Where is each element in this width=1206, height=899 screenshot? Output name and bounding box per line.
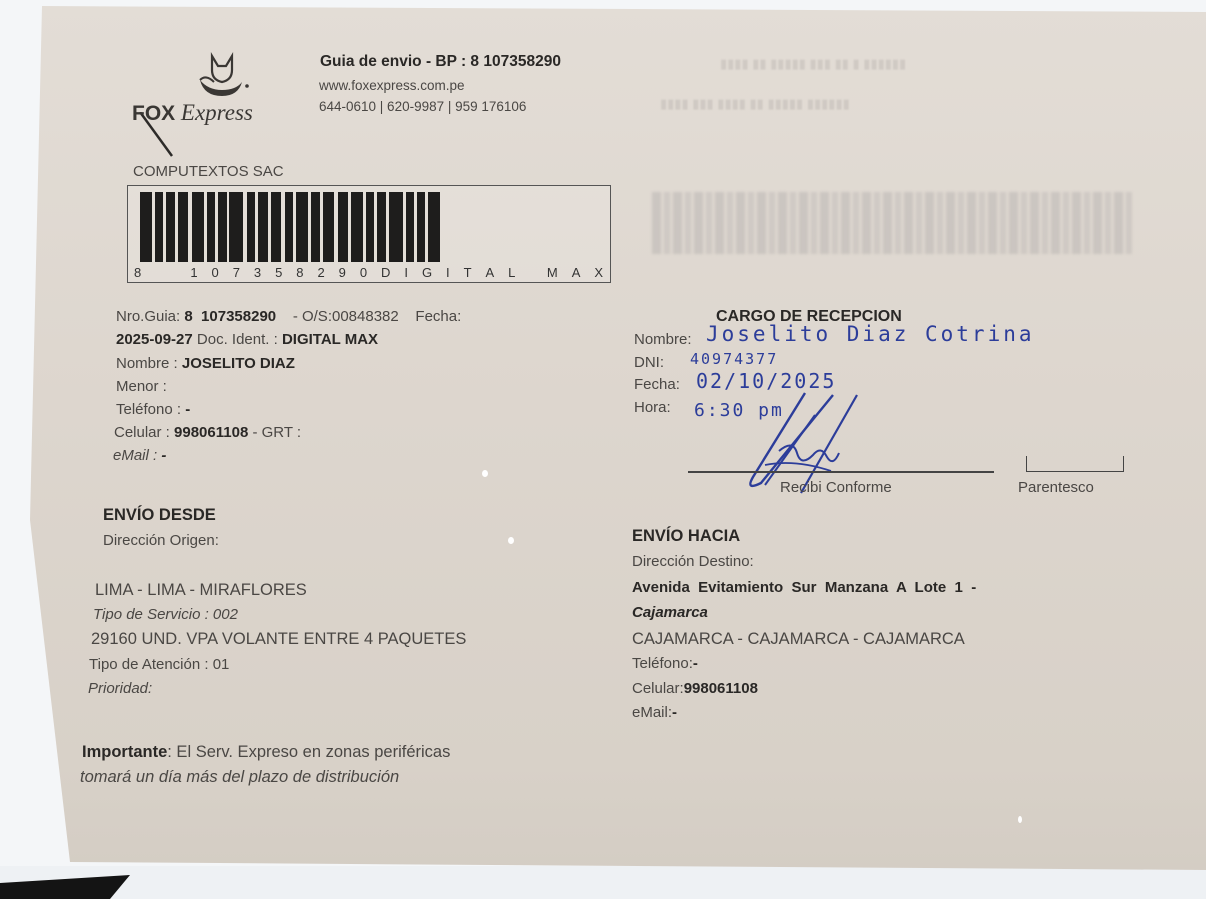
barcode-bar: [178, 192, 188, 262]
guide-title: Guia de envio - BP : 8 107358290: [320, 53, 561, 71]
contenido-envio: 29160 UND. VPA VOLANTE ENTRE 4 PAQUETES: [91, 630, 466, 649]
barcode-bar: [140, 192, 152, 262]
notice-label: Importante: [82, 743, 167, 761]
barcode-bars: [140, 192, 602, 262]
destino-telefono-label: Teléfono:: [632, 655, 693, 672]
notice-text: : El Serv. Expreso en zonas periféricas: [167, 743, 450, 761]
barcode-bar: [247, 192, 255, 262]
signature-line: [688, 471, 994, 473]
barcode-caption-char: I: [446, 265, 451, 280]
telefono-row: Teléfono : -: [116, 401, 190, 418]
tipo-servicio: Tipo de Servicio : 002: [93, 606, 238, 623]
barcode-caption-char: X: [594, 265, 604, 280]
destino-address-line1: Avenida Evitamiento Sur Manzana A Lote 1…: [632, 579, 976, 596]
barcode-caption-char: [173, 265, 178, 280]
barcode-caption-char: 0: [212, 265, 220, 280]
destino-email-value: -: [672, 704, 677, 721]
barcode-bar: [218, 192, 227, 262]
paper-speck: [1018, 816, 1022, 823]
cargo-hora-label: Hora:: [634, 399, 671, 416]
barcode-caption-char: 5: [275, 265, 283, 280]
prioridad-label: Prioridad:: [88, 680, 152, 697]
destino-celular-label: Celular:: [632, 680, 684, 697]
phone-numbers: 644-0610 | 620-9987 | 959 176106: [319, 99, 526, 114]
barcode-bar: [377, 192, 386, 262]
barcode-caption-char: 3: [254, 265, 262, 280]
barcode-caption-char: 0: [360, 265, 368, 280]
shipping-guide-paper: [0, 0, 1206, 899]
celular-value: 998061108: [174, 424, 248, 441]
fecha-label: Fecha:: [415, 308, 461, 325]
envio-desde-title: ENVÍO DESDE: [103, 506, 216, 525]
barcode-bar: [285, 192, 293, 262]
os-label: - O/S:: [293, 308, 332, 325]
barcode-bar: [366, 192, 374, 262]
doc-ident-label: Doc. Ident. :: [197, 331, 278, 348]
destino-email-row: eMail:-: [632, 704, 677, 721]
destino-location: CAJAMARCA - CAJAMARCA - CAJAMARCA: [632, 630, 965, 649]
email-label: eMail :: [113, 447, 157, 464]
destino-telefono-value: -: [693, 655, 698, 672]
nombre-row: Nombre : JOSELITO DIAZ: [116, 355, 295, 372]
barcode-bar: [258, 192, 268, 262]
table-surface: [0, 866, 1206, 899]
menor-label: Menor :: [116, 378, 167, 395]
barcode-caption-char: M: [547, 265, 559, 280]
reverse-barcode-show-through: [652, 192, 1132, 254]
barcode-bar: [229, 192, 243, 262]
nro-guia-label: Nro.Guia:: [116, 308, 180, 325]
barcode-caption-char: D: [381, 265, 391, 280]
cargo-dni-label: DNI:: [634, 354, 664, 371]
brand-logo-text: FOX Express: [132, 100, 253, 126]
barcode: 8 107358290DIGITAL MAX: [127, 185, 611, 283]
brand-fox: FOX: [132, 102, 175, 125]
barcode-caption-char: G: [422, 265, 433, 280]
barcode-bar: [351, 192, 363, 262]
notice-line1: Importante: El Serv. Expreso en zonas pe…: [82, 743, 450, 762]
barcode-bar: [428, 192, 440, 262]
barcode-caption-char: A: [486, 265, 496, 280]
destino-email-label: eMail:: [632, 704, 672, 721]
os-value: 00848382: [332, 308, 399, 325]
barcode-caption-char: [155, 265, 160, 280]
reverse-text-show-through: ▮▮▮▮ ▮▮▮ ▮▮▮▮ ▮▮ ▮▮▮▮▮ ▮▮▮▮▮▮: [660, 96, 850, 112]
brand-express: Express: [175, 100, 253, 125]
cargo-nombre-label: Nombre:: [634, 331, 692, 348]
guide-number-row: Nro.Guia: 8 107358290 - O/S:00848382 Fec…: [116, 308, 461, 325]
destino-celular-row: Celular:998061108: [632, 680, 758, 697]
barcode-bar: [192, 192, 204, 262]
barcode-bar: [323, 192, 334, 262]
barcode-bar: [207, 192, 215, 262]
nro-guia-value: 8 107358290: [184, 308, 276, 325]
barcode-bar: [338, 192, 348, 262]
fox-logo-icon: [192, 52, 252, 102]
barcode-caption-char: 7: [233, 265, 241, 280]
barcode-bar: [406, 192, 414, 262]
barcode-bar: [417, 192, 425, 262]
cargo-dni-handwritten: 40974377: [690, 350, 778, 368]
destino-celular-value: 998061108: [684, 680, 758, 697]
barcode-caption-char: T: [464, 265, 473, 280]
barcode-bar: [389, 192, 403, 262]
barcode-bar: [271, 192, 281, 262]
barcode-bar: [311, 192, 320, 262]
nombre-value: JOSELITO DIAZ: [182, 355, 295, 372]
barcode-caption-char: 9: [339, 265, 347, 280]
barcode-caption-char: 2: [317, 265, 325, 280]
destino-telefono-row: Teléfono:-: [632, 655, 698, 672]
destino-address-line2: Cajamarca: [632, 604, 708, 621]
notice-line2: tomará un día más del plazo de distribuc…: [80, 768, 399, 787]
parentesco-label: Parentesco: [1018, 479, 1094, 496]
barcode-bar: [296, 192, 308, 262]
cargo-fecha-label: Fecha:: [634, 376, 680, 393]
sender-company: COMPUTEXTOS SAC: [133, 163, 284, 180]
celular-label: Celular :: [114, 424, 170, 441]
barcode-caption-char: [529, 265, 534, 280]
signature-scribble: [735, 375, 895, 495]
celular-row: Celular : 998061108 - GRT :: [114, 424, 301, 441]
telefono-value: -: [185, 401, 190, 418]
barcode-caption-char: 8: [134, 265, 142, 280]
direccion-destino-label: Dirección Destino:: [632, 553, 754, 570]
email-row: eMail : -: [113, 447, 166, 464]
origen-location: LIMA - LIMA - MIRAFLORES: [95, 581, 307, 600]
telefono-label: Teléfono :: [116, 401, 181, 418]
barcode-caption-char: 1: [190, 265, 198, 280]
fecha-value: 2025-09-27: [116, 331, 193, 348]
paper-speck: [508, 537, 514, 544]
doc-ident-value: DIGITAL MAX: [282, 331, 378, 348]
grt-label: - GRT :: [252, 424, 301, 441]
date-doc-row: 2025-09-27 Doc. Ident. : DIGITAL MAX: [116, 331, 378, 348]
email-value: -: [161, 447, 166, 464]
barcode-caption-char: 8: [296, 265, 304, 280]
nombre-label: Nombre :: [116, 355, 178, 372]
barcode-caption-char: L: [508, 265, 516, 280]
direccion-origen-label: Dirección Origen:: [103, 532, 219, 549]
tipo-atencion: Tipo de Atención : 01: [89, 656, 229, 673]
barcode-bar: [166, 192, 175, 262]
parentesco-box: [1026, 456, 1124, 472]
barcode-caption: 8 107358290DIGITAL MAX: [134, 265, 604, 280]
barcode-bar: [155, 192, 163, 262]
barcode-caption-char: A: [572, 265, 582, 280]
envio-hacia-title: ENVÍO HACIA: [632, 527, 740, 546]
barcode-caption-char: I: [404, 265, 409, 280]
reverse-text-show-through: ▮▮▮▮ ▮▮ ▮▮▮▮▮ ▮▮▮ ▮▮ ▮ ▮▮▮▮▮▮: [720, 56, 906, 72]
cargo-nombre-handwritten: Joselito Diaz Cotrina: [706, 322, 1035, 346]
recibi-conforme-label: Recibi Conforme: [780, 479, 892, 496]
paper-speck: [482, 470, 488, 477]
website-link[interactable]: www.foxexpress.com.pe: [319, 78, 465, 93]
